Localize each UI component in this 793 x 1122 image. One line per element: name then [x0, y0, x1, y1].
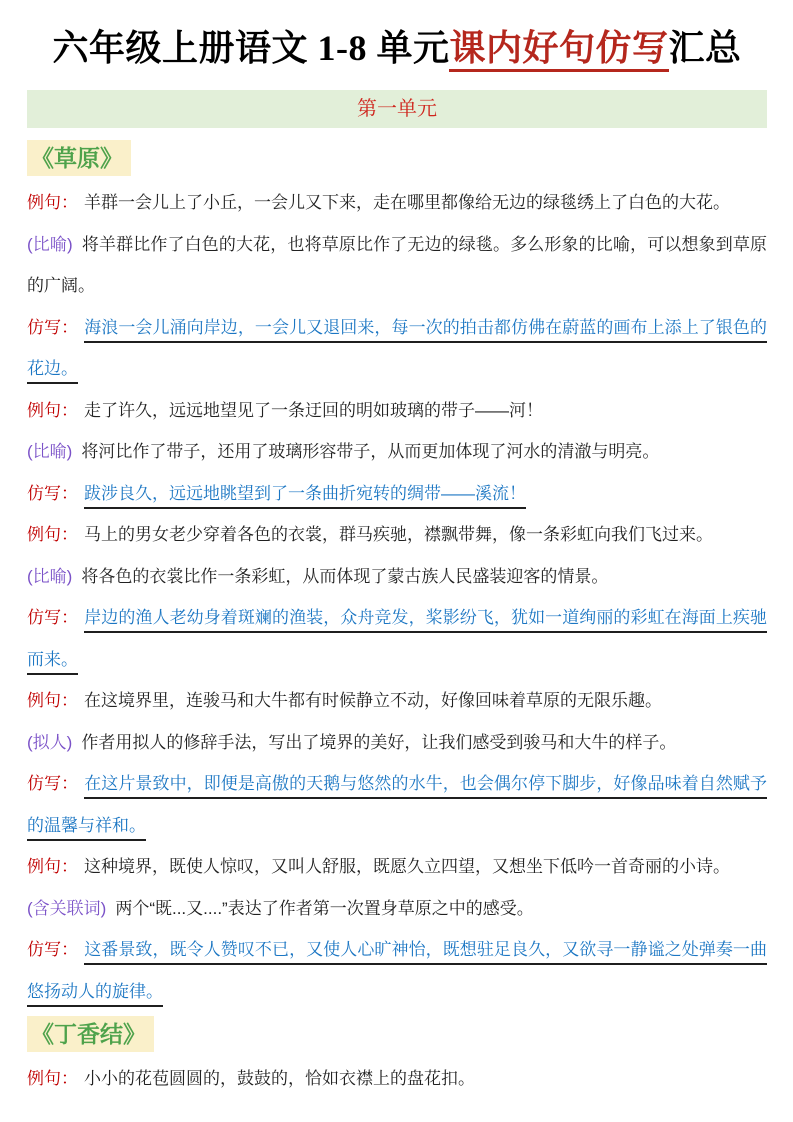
line-text: 将各色的衣裳比作一条彩虹，从而体现了蒙古族人民盛装迎客的情景。	[81, 567, 608, 586]
sentence-line: 例句：羊群一会儿上了小丘，一会儿又下来，走在哪里都像给无边的绿毯绣上了白色的大花…	[27, 182, 767, 224]
sentence-line: 例句：马上的男女老少穿着各色的衣裳，群马疾驰，襟飘带舞，像一条彩虹向我们飞过来。	[27, 514, 767, 556]
line-label: 仿写：	[27, 774, 78, 793]
line-label: (比喻)	[27, 567, 72, 586]
line-text: 两个“既...又....”表达了作者第一次置身草原之中的感受。	[115, 899, 533, 918]
line-text: 在这境界里，连骏马和大牛都有时候静立不动，好像回味着草原的无限乐趣。	[84, 691, 662, 710]
sentence-line: (拟人)作者用拟人的修辞手法，写出了境界的美好，让我们感受到骏马和大牛的样子。	[27, 722, 767, 764]
line-text: 跋涉良久，远远地眺望到了一条曲折宛转的绸带——溪流！	[84, 484, 526, 509]
line-text: 这种境界，既使人惊叹，又叫人舒服，既愿久立四望，又想坐下低吟一首奇丽的小诗。	[84, 857, 730, 876]
page-title-highlight: 课内好句仿写	[449, 28, 668, 72]
line-label: 仿写：	[27, 318, 78, 337]
line-text: 作者用拟人的修辞手法，写出了境界的美好，让我们感受到骏马和大牛的样子。	[81, 733, 676, 752]
document-page: 六年级上册语文 1-8 单元课内好句仿写汇总 第一单元 《草原》例句：羊群一会儿…	[0, 0, 793, 1122]
line-label: 例句：	[27, 857, 78, 876]
line-text: 马上的男女老少穿着各色的衣裳，群马疾驰，襟飘带舞，像一条彩虹向我们飞过来。	[84, 525, 713, 544]
line-label: 例句：	[27, 691, 78, 710]
content-list: 《草原》例句：羊群一会儿上了小丘，一会儿又下来，走在哪里都像给无边的绿毯绣上了白…	[27, 140, 767, 1100]
sentence-line: 例句：走了许久，远远地望见了一条迂回的明如玻璃的带子——河！	[27, 390, 767, 432]
sentence-line: (比喻)将羊群比作了白色的大花，也将草原比作了无边的绿毯。多么形象的比喻，可以想…	[27, 224, 767, 307]
line-text: 岸边的渔人老幼身着斑斓的渔装，众舟竞发，桨影纷飞，犹如一道绚丽的彩虹在海面上疾驰…	[27, 608, 767, 675]
line-label: 仿写：	[27, 608, 78, 627]
line-text: 羊群一会儿上了小丘，一会儿又下来，走在哪里都像给无边的绿毯绣上了白色的大花。	[84, 193, 730, 212]
line-label: (含关联词)	[27, 899, 106, 918]
lesson-heading-row: 《丁香结》	[27, 1016, 767, 1052]
line-label: 例句：	[27, 401, 78, 420]
sentence-line: (比喻)将各色的衣裳比作一条彩虹，从而体现了蒙古族人民盛装迎客的情景。	[27, 556, 767, 598]
line-text: 在这片景致中，即便是高傲的天鹅与悠然的水牛，也会偶尔停下脚步，好像品味着自然赋予…	[27, 774, 767, 841]
line-label: (拟人)	[27, 733, 72, 752]
line-text: 走了许久，远远地望见了一条迂回的明如玻璃的带子——河！	[84, 401, 543, 420]
line-text: 小小的花苞圆圆的，鼓鼓的，恰如衣襟上的盘花扣。	[84, 1069, 475, 1088]
page-title-suffix: 汇总	[669, 28, 742, 68]
line-label: (比喻)	[27, 442, 72, 461]
lesson-title: 《草原》	[27, 140, 131, 176]
unit-banner-label: 第一单元	[357, 98, 437, 120]
sentence-line: 仿写：岸边的渔人老幼身着斑斓的渔装，众舟竞发，桨影纷飞，犹如一道绚丽的彩虹在海面…	[27, 597, 767, 680]
line-text: 将河比作了带子，还用了玻璃形容带子，从而更加体现了河水的清澈与明亮。	[81, 442, 659, 461]
sentence-line: 仿写：在这片景致中，即便是高傲的天鹅与悠然的水牛，也会偶尔停下脚步，好像品味着自…	[27, 763, 767, 846]
line-label: 仿写：	[27, 940, 78, 959]
sentence-line: 仿写：跋涉良久，远远地眺望到了一条曲折宛转的绸带——溪流！	[27, 473, 767, 515]
sentence-line: 仿写：海浪一会儿涌向岸边，一会儿又退回来，每一次的拍击都仿佛在蔚蓝的画布上添上了…	[27, 307, 767, 390]
sentence-line: 例句：在这境界里，连骏马和大牛都有时候静立不动，好像回味着草原的无限乐趣。	[27, 680, 767, 722]
line-text: 这番景致，既令人赞叹不已，又使人心旷神怡，既想驻足良久，又欲寻一静谧之处弹奏一曲…	[27, 940, 767, 1007]
line-label: 例句：	[27, 1069, 78, 1088]
line-label: 仿写：	[27, 484, 78, 503]
line-text: 海浪一会儿涌向岸边，一会儿又退回来，每一次的拍击都仿佛在蔚蓝的画布上添上了银色的…	[27, 318, 767, 385]
unit-banner: 第一单元	[27, 90, 767, 128]
sentence-line: 例句：小小的花苞圆圆的，鼓鼓的，恰如衣襟上的盘花扣。	[27, 1058, 767, 1100]
sentence-line: 仿写：这番景致，既令人赞叹不已，又使人心旷神怡，既想驻足良久，又欲寻一静谧之处弹…	[27, 929, 767, 1012]
sentence-line: 例句：这种境界，既使人惊叹，又叫人舒服，既愿久立四望，又想坐下低吟一首奇丽的小诗…	[27, 846, 767, 888]
lesson-title: 《丁香结》	[27, 1016, 154, 1052]
line-label: 例句：	[27, 193, 78, 212]
page-title: 六年级上册语文 1-8 单元课内好句仿写汇总	[27, 26, 767, 70]
page-title-prefix: 六年级上册语文 1-8 单元	[52, 28, 449, 68]
line-label: (比喻)	[27, 235, 73, 254]
line-text: 将羊群比作了白色的大花，也将草原比作了无边的绿毯。多么形象的比喻，可以想象到草原…	[27, 235, 767, 296]
line-label: 例句：	[27, 525, 78, 544]
lesson-heading-row: 《草原》	[27, 140, 767, 176]
sentence-line: (比喻)将河比作了带子，还用了玻璃形容带子，从而更加体现了河水的清澈与明亮。	[27, 431, 767, 473]
sentence-line: (含关联词)两个“既...又....”表达了作者第一次置身草原之中的感受。	[27, 888, 767, 930]
